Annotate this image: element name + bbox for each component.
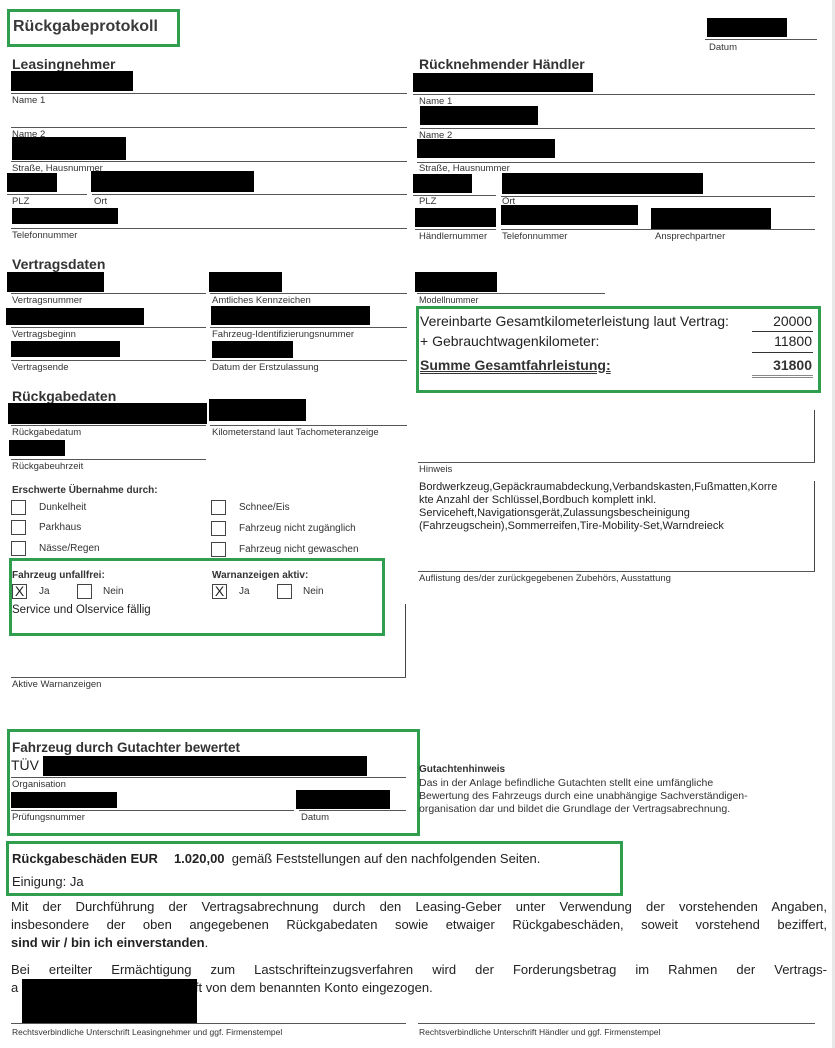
redacted-lessee-street [12,137,126,160]
difficult-heading: Erschwerte Übernahme durch: [12,485,158,496]
redacted-vin [211,306,370,325]
box-edge [814,481,815,571]
checkbox-snow-ice-label: Schnee/Eis [239,502,290,513]
damages-line: Rückgabeschäden EUR1.020,00 gemäß Festst… [12,851,540,866]
field-line [11,459,206,460]
field-line [7,194,87,195]
accessories-label: Auflistung des/der zurückgegebenen Zubeh… [419,573,671,584]
checkbox-darkness[interactable] [11,500,26,515]
field-line [418,462,815,463]
field-line [11,161,407,162]
lessee-heading: Leasingnehmer [12,56,115,72]
redacted-contract-start [6,308,144,325]
signature-line [11,1023,406,1024]
accessories-line: Serviceheft,Navigationsgerät,Zulassungsb… [419,507,777,520]
total-mileage-label: Summe Gesamtfahrleistung: [420,357,611,373]
field-line [210,360,407,361]
redacted-return-date [8,403,207,424]
warnings-yes-label: Ja [239,586,250,597]
redacted-lessee-zip [7,173,57,192]
agreement-text: Einigung: Ja [12,874,84,889]
appraisal-date-label: Datum [301,812,329,823]
redacted-appraisal-org [43,756,367,776]
appraisal-org-prefix: TÜV [11,757,39,773]
field-line [11,425,206,426]
consent-bold: sind wir / bin ich einverstanden [11,935,205,950]
damages-suffix: gemäß Feststellungen auf den nachfolgend… [232,851,541,866]
field-line [11,360,206,361]
field-line [418,571,815,572]
field-line [11,327,206,328]
warnings-no-label: Nein [303,586,324,597]
note-label: Hinweis [419,464,452,475]
plate-label: Amtliches Kennzeichen [212,295,311,306]
field-line [11,127,407,128]
redacted-dealer-name2 [420,106,538,125]
accident-free-no-label: Nein [103,586,124,597]
contract-end-label: Vertragsende [12,362,69,373]
debit-line-1: Bei erteilter Ermächtigung zum Lastschri… [11,962,827,977]
accident-free-label: Fahrzeug unfallfrei: [12,570,105,581]
field-line [417,293,605,294]
value-line [752,375,813,376]
debit-line-2-end: ift von dem benannten Konto eingezogen. [192,980,433,995]
field-line [501,229,815,230]
checkbox-warnings-no[interactable] [277,584,292,599]
dealer-signature-label: Rechtsverbindliche Unterschrift Händler … [419,1027,660,1037]
used-car-mileage-value: 11800 [752,333,812,349]
return-time-label: Rückgabeuhrzeit [12,461,83,472]
checkbox-not-accessible[interactable] [211,521,226,536]
accident-free-yes-label: Ja [39,586,50,597]
redacted-odometer [209,399,306,421]
checkbox-wet-rain-label: Nässe/Regen [39,543,100,554]
box-edge [814,410,815,462]
appraisal-heading: Fahrzeug durch Gutachter bewertet [12,740,240,755]
redacted-dealer-zip [413,174,472,193]
value-line [752,352,813,353]
redacted-lessee-city [91,171,254,192]
redacted-model-number [415,272,497,292]
appraisal-note: Das in der Anlage befindliche Gutachten … [419,777,748,816]
checkbox-accident-free-no[interactable] [77,584,92,599]
box-edge [405,604,406,677]
redacted-signature [22,979,197,1024]
checkbox-warnings-yes[interactable]: X [212,584,227,599]
checkbox-darkness-label: Dunkelheit [39,502,86,513]
redacted-contract-number [7,272,104,292]
field-line [705,39,817,40]
redacted-plate [209,272,282,292]
consent-end: . [205,935,209,950]
checkbox-parking-garage-label: Parkhaus [39,522,81,533]
dealer-heading: Rücknehmender Händler [419,56,585,72]
lessee-name1-label: Name 1 [12,95,45,106]
appraisal-note-line: organisation dar und bildet die Grundlag… [419,803,748,816]
dealer-phone-label: Telefonnummer [502,231,567,242]
appraisal-org-label: Organisation [12,779,66,790]
field-line [415,229,496,230]
checkbox-accident-free-yes[interactable]: X [12,584,27,599]
consent-line-2: insbesondere der oben angegebenen Rückga… [11,917,827,932]
checkbox-parking-garage[interactable] [11,520,26,535]
total-mileage-value: 31800 [752,357,812,373]
contract-heading: Vertragsdaten [12,256,105,272]
dealer-number-label: Händlernummer [419,231,487,242]
contract-start-label: Vertragsbeginn [12,329,76,340]
model-number-label: Modellnummer [419,295,479,305]
date-label: Datum [709,42,737,53]
odometer-label: Kilometerstand laut Tachometeranzeige [212,427,379,438]
lessee-city-label: Ort [94,196,107,207]
warnings-active-label: Warnanzeigen aktiv: [212,570,308,581]
damages-highlight [6,841,623,896]
appraisal-note-line: Bewertung des Fahrzeugs durch eine unabh… [419,790,748,803]
field-line [420,128,815,129]
redacted-dealer-city [502,173,703,194]
field-line [11,228,407,229]
checkbox-wet-rain[interactable] [11,541,26,556]
redacted-dealer-street [417,139,555,158]
test-number-label: Prüfungsnummer [12,812,85,823]
field-line [210,293,407,294]
return-date-label: Rückgabedatum [12,427,81,438]
dealer-contact-label: Ansprechpartner [655,231,725,242]
appraisal-note-heading: Gutachtenhinweis [419,764,505,775]
return-heading: Rückgabedaten [12,388,116,404]
value-line [752,377,813,378]
damages-label: Rückgabeschäden EUR [12,851,158,866]
first-registration-label: Datum der Erstzulassung [212,362,319,373]
dealer-zip-label: PLZ [419,196,436,207]
field-line [210,425,407,426]
redacted-appraisal-date [296,790,390,809]
redacted-dealer-name1 [413,73,593,92]
active-warnings-label: Aktive Warnanzeigen [12,679,101,690]
consent-line-3: sind wir / bin ich einverstanden. [11,935,208,950]
accessories-line: kte Anzahl der Schlüssel,Bordbuch komple… [419,494,777,507]
redacted-lessee-name1 [11,71,133,91]
field-line [11,777,406,778]
redacted-contract-end [11,341,120,357]
redacted-date [707,18,787,37]
checkbox-not-washed[interactable] [211,542,226,557]
field-line [501,196,815,197]
redacted-dealer-phone [501,205,638,225]
checkbox-not-accessible-label: Fahrzeug nicht zugänglich [239,523,356,534]
used-car-mileage-label: + Gebrauchtwagenkilometer: [420,333,599,349]
vin-label: Fahrzeug-Identifizierungsnummer [212,329,354,340]
active-warnings-text: Service und Olservice fällig [12,604,151,616]
redacted-test-number [11,792,117,808]
redacted-first-registration [212,341,293,358]
field-line [299,810,406,811]
redacted-dealer-number [415,208,496,227]
consent-line-1: Mit der Durchführung der Vertragsabrechn… [11,899,827,914]
field-line [11,93,407,94]
debit-line-2-start: a [11,980,18,995]
lessee-phone-label: Telefonnummer [12,230,77,241]
field-line [210,327,407,328]
lessee-signature-label: Rechtsverbindliche Unterschrift Leasingn… [12,1027,282,1037]
redacted-dealer-contact [651,208,771,230]
checkbox-not-washed-label: Fahrzeug nicht gewaschen [239,544,359,555]
agreed-mileage-label: Vereinbarte Gesamtkilometerleistung laut… [420,313,729,329]
appraisal-note-line: Das in der Anlage befindliche Gutachten … [419,777,748,790]
field-line [11,293,206,294]
signature-line [418,1023,815,1024]
accessories-list: Bordwerkzeug,Gepäckraumabdeckung,Verband… [419,481,777,533]
field-line [92,194,407,195]
accessories-line: (Fahrzeugschein),Sommerreifen,Tire-Mobil… [419,520,777,533]
redacted-return-time [9,440,65,456]
damages-amount: 1.020,00 [174,851,225,866]
contract-number-label: Vertragsnummer [12,295,82,306]
checkbox-snow-ice[interactable] [211,500,226,515]
value-line [752,331,813,332]
field-line [11,810,294,811]
agreed-mileage-value: 20000 [752,313,812,329]
dealer-street-label: Straße, Hausnummer [419,163,510,174]
accessories-line: Bordwerkzeug,Gepäckraumabdeckung,Verband… [419,481,777,494]
field-line [413,94,815,95]
field-line [11,677,406,678]
lessee-zip-label: PLZ [12,196,29,207]
redacted-lessee-phone [12,208,118,224]
page-title: Rückgabeprotokoll [13,18,158,36]
